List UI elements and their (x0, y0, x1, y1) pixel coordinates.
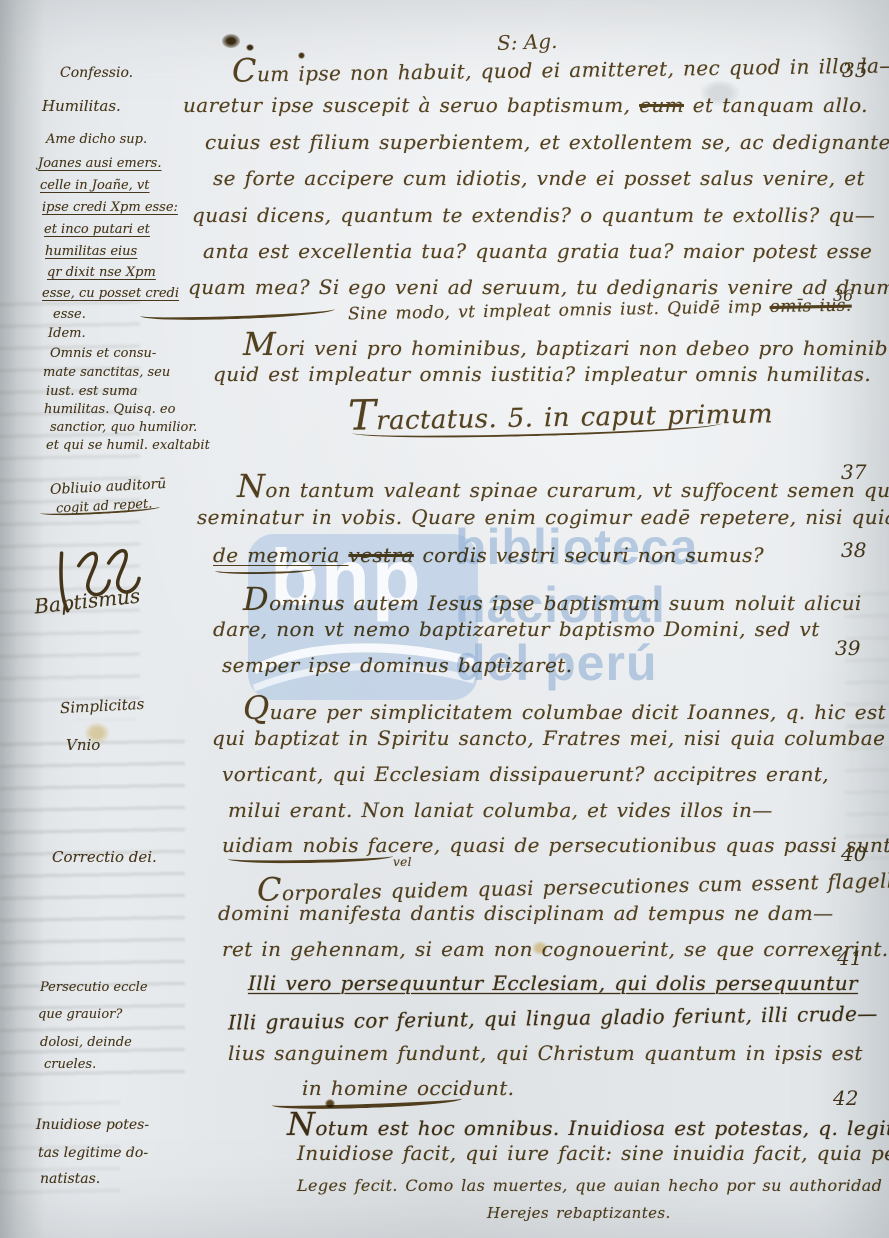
main-line: Leges fecit. Como las muertes, que auian… (297, 1178, 889, 1194)
main-line: vorticant, qui Ecclesiam dissipauerunt? … (222, 764, 829, 784)
margin-note: dolosi, deinde (40, 1036, 132, 1050)
margin-note: natistas. (40, 1172, 100, 1187)
main-line: de memoria vestra cordis vestri securi n… (213, 545, 764, 565)
main-line: quid est impleatur omnis iustitia? imple… (213, 364, 871, 384)
line-segment: Sine modo, vt impleat omnis iust. Quidē … (348, 297, 770, 324)
main-line: semper ipse dominus baptizaret. (222, 655, 572, 675)
margin-note: Ame dicho sup. (46, 133, 147, 147)
section-number: 41 (837, 946, 862, 970)
section-number: 39 (835, 636, 860, 660)
margin-note: tas legitime do- (38, 1146, 148, 1161)
main-line: lius sanguinem fundunt, qui Christum qua… (228, 1043, 863, 1063)
margin-note: Omnis et consu- (50, 347, 156, 361)
main-line: Quare per simplicitatem columbae dicit I… (243, 692, 886, 724)
margin-note: et qui se humil. exaltabit (46, 439, 210, 453)
margin-note: crueles. (44, 1058, 96, 1072)
margin-note: esse. (53, 308, 86, 322)
main-line: Notum est hoc omnibus. Inuidiosa est pot… (287, 1108, 889, 1140)
underlined-segment: de memoria (213, 543, 348, 567)
margin-note: sanctior, quo humilior. (50, 421, 197, 435)
margin-note: Idem. (48, 327, 86, 341)
margin-note: Persecutio eccle (40, 981, 148, 995)
margin-note: qr dixit nse Xpm (47, 266, 156, 280)
main-line: seminatur in vobis. Quare enim cogimur e… (197, 507, 889, 527)
main-line: domini manifesta dantis disciplinam ad t… (218, 903, 833, 923)
margin-note: celle in Joañe, vt (40, 179, 149, 193)
main-line: quasi dicens, quantum te extendis? o qua… (192, 205, 875, 225)
main-line: ret in gehennam, si eam non cognouerint,… (222, 939, 889, 959)
line-segment: uaretur ipse suscepit à seruo baptismum, (183, 93, 639, 117)
main-line: se forte accipere cum idiotis, vnde ei p… (213, 168, 865, 188)
main-line: Inuidiose facit, qui iure facit: sine in… (297, 1143, 889, 1163)
main-line: qui baptizat in Spiritu sancto, Fratres … (212, 728, 885, 748)
main-line: Mori veni pro hominibus, baptizari non d… (243, 328, 889, 360)
main-line: Corporales quidem quasi persecutiones cu… (257, 860, 889, 906)
flourish-stroke (140, 303, 335, 323)
margin-note: mate sanctitas, seu (43, 366, 170, 380)
main-line: Non tantum valeant spinae curarum, vt su… (237, 470, 889, 502)
margin-note: Obliuio auditorū (50, 477, 167, 498)
margin-note: Inuidiose potes- (36, 1118, 149, 1133)
section-number: 36 (833, 286, 853, 305)
struck-word: vestra (348, 543, 413, 567)
main-line: Illi vero persequuntur Ecclesiam, qui do… (248, 973, 858, 993)
section-number: 35 (842, 58, 867, 82)
main-line: Herejes rebaptizantes. (487, 1206, 671, 1221)
margin-note: Vnio (66, 737, 100, 754)
margin-note: Confessio. (60, 66, 133, 81)
section-number: 42 (833, 1086, 858, 1110)
section-number: 38 (841, 538, 866, 562)
margin-note: Joanes ausi emers. (38, 157, 161, 171)
margin-note: et inco putari et (44, 223, 150, 237)
margin-note: ipse credi Xpm esse: (42, 201, 178, 215)
margin-note: humilitas eius (45, 245, 137, 259)
main-line: Dominus autem Iesus ipse baptismum suum … (243, 583, 862, 615)
interlinear-correction: vel (393, 856, 412, 868)
main-line: dare, non vt nemo baptizaretur baptismo … (213, 619, 820, 639)
margin-note: Correctio dei. (52, 849, 157, 866)
main-line: quam mea? Si ego veni ad seruum, tu dedi… (188, 277, 889, 297)
margin-note: Humilitas. (42, 98, 121, 115)
margin-note: humilitas. Quisq. eo (44, 403, 175, 417)
main-line: Illi grauius cor feriunt, qui lingua gla… (228, 1003, 878, 1032)
main-line: Cum ipse non habuit, quod ei amitteret, … (232, 45, 889, 86)
line-segment: et tanquam allo. (684, 93, 868, 117)
margin-note: iust. est suma (46, 385, 138, 399)
main-line: uaretur ipse suscepit à seruo baptismum,… (183, 95, 868, 115)
margin-note: esse, cu posset credi (42, 287, 179, 301)
struck-word: eum (639, 93, 684, 117)
main-line: anta est excellentia tua? quanta gratia … (203, 241, 872, 261)
section-number: 40 (841, 842, 866, 866)
line-segment: cordis vestri securi non sumus? (414, 543, 764, 567)
main-line: cuius est filium superbientem, et extoll… (205, 132, 889, 152)
section-number: 37 (841, 460, 866, 484)
main-line: milui erant. Non laniat columba, et vide… (228, 800, 773, 820)
margin-note: que grauior? (38, 1008, 122, 1022)
main-line: Sine modo, vt impleat omnis iust. Quidē … (348, 298, 852, 324)
margin-note: Simplicitas (60, 696, 145, 717)
